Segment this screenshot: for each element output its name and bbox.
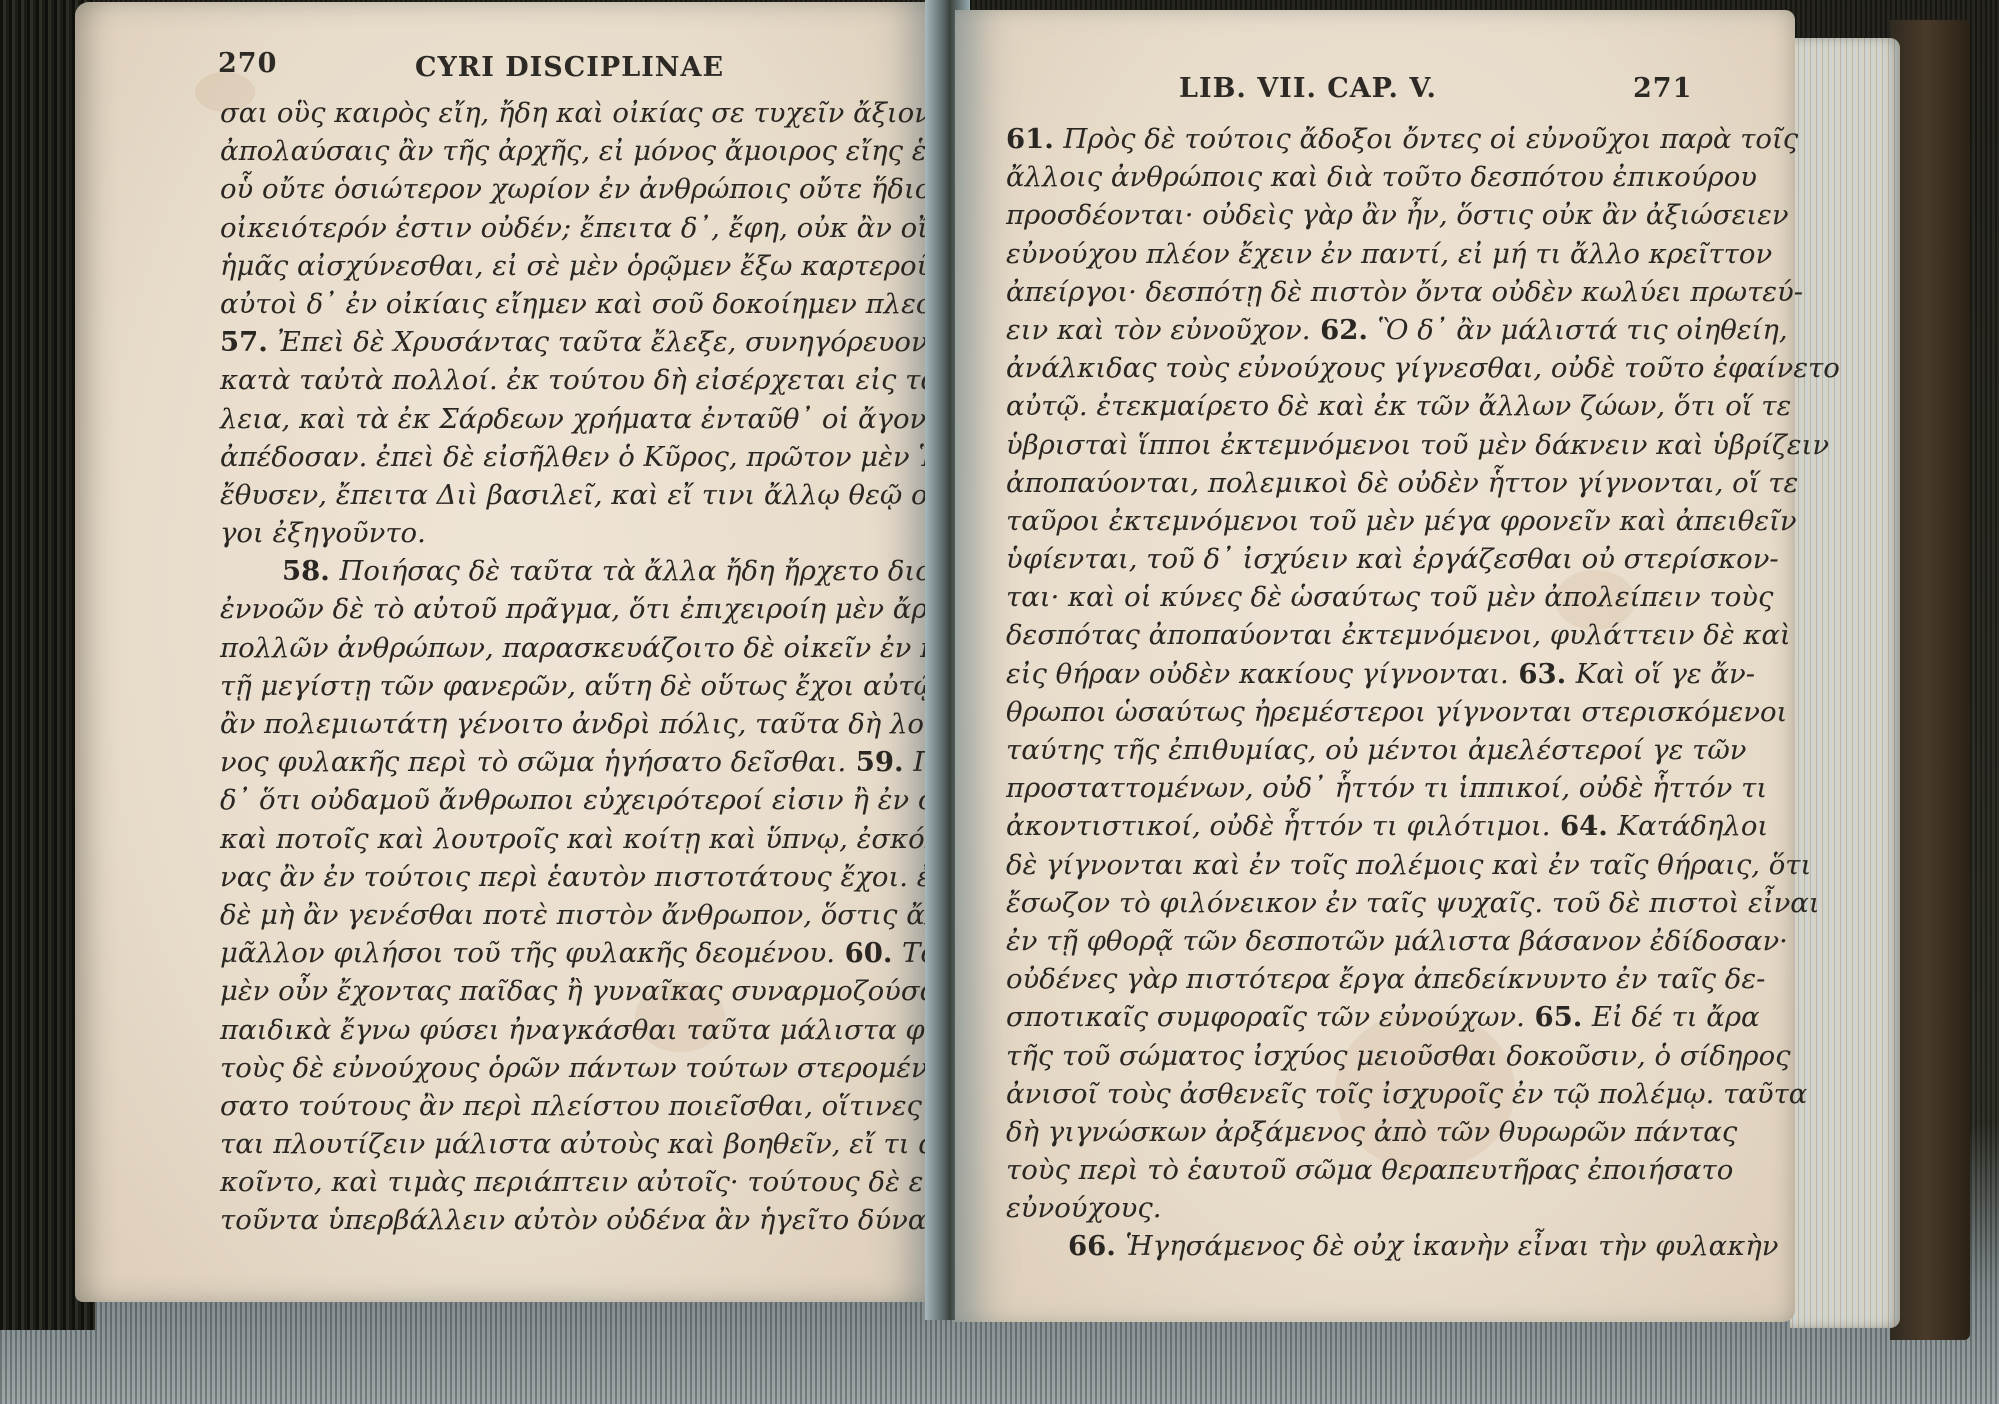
text-line: δὲ μὴ ἂν γενέσθαι ποτὲ πιστὸν ἄνθρωπον, …: [220, 896, 910, 934]
text-line: 57. Ἐπεὶ δὲ Χρυσάντας ταῦτα ἔλεξε, συνηγ…: [220, 323, 910, 361]
left-page-text: σαι οὓς καιρὸς εἴη, ἤδη καὶ οἰκίας σε τυ…: [220, 94, 910, 1240]
line-text: ταῦροι ἐκτεμνόμενοι τοῦ μὲν μέγα φρονεῖν…: [1006, 505, 1797, 537]
text-line: τοῦντα ὑπερβάλλειν αὐτὸν οὐδένα ἂν ἡγεῖτ…: [220, 1201, 910, 1239]
text-line: 58. Ποιήσας δὲ ταῦτα τὰ ἄλλα ἤδη ἤρχετο …: [220, 552, 910, 590]
line-text: δὴ γιγνώσκων ἀρξάμενος ἀπὸ τῶν θυρωρῶν π…: [1006, 1116, 1737, 1148]
text-line: ἔσωζον τὸ φιλόνεικον ἐν ταῖς ψυχαῖς. τοῦ…: [1006, 884, 1699, 922]
section-number: 57.: [220, 326, 277, 358]
text-line: αὐτοὶ δ᾽ ἐν οἰκίαις εἴημεν καὶ σοῦ δοκοί…: [220, 285, 910, 323]
text-line: αὐτῷ. ἐτεκμαίρετο δὲ καὶ ἐκ τῶν ἄλλων ζώ…: [1006, 387, 1699, 425]
text-line: οἰκειότερόν ἐστιν οὐδέν; ἔπειτα δ᾽, ἔφη,…: [220, 209, 910, 247]
line-text: εὐνούχου πλέον ἔχειν ἐν παντί, εἰ μή τι …: [1006, 238, 1772, 270]
page-stack-edge: [1790, 38, 1900, 1328]
text-line: τοὺς δὲ εὐνούχους ὁρῶν πάντων τούτων στε…: [220, 1049, 910, 1087]
line-text: τοὺς δὲ εὐνούχους ὁρῶν πάντων τούτων στε…: [220, 1052, 1044, 1084]
text-line: εὐνούχου πλέον ἔχειν ἐν παντί, εἰ μή τι …: [1006, 235, 1699, 273]
line-text: δὲ γίγνονται καὶ ἐν τοῖς πολέμοις καὶ ἐν…: [1006, 849, 1811, 881]
text-line: ἐννοῶν δὲ τὸ αὐτοῦ πρᾶγμα, ὅτι ἐπιχειροί…: [220, 590, 910, 628]
line-text: Καὶ οἵ γε ἄν-: [1576, 658, 1755, 690]
text-line: ἂν πολεμιωτάτη γένοιτο ἀνδρὶ πόλις, ταῦτ…: [220, 705, 910, 743]
text-line: παιδικὰ ἔγνω φύσει ἠναγκάσθαι ταῦτα μάλι…: [220, 1011, 910, 1049]
line-text: δ᾽ ὅτι οὐδαμοῦ ἄνθρωποι εὐχειρότεροί εἰσ…: [220, 784, 1005, 816]
text-line: ἔθυσεν, ἔπειτα Διὶ βασιλεῖ, καὶ εἴ τινι …: [220, 476, 910, 514]
text-line: ταῦροι ἐκτεμνόμενοι τοῦ μὲν μέγα φρονεῖν…: [1006, 502, 1699, 540]
text-line: νας ἂν ἐν τούτοις περὶ ἑαυτὸν πιστοτάτου…: [220, 858, 910, 896]
line-text: μᾶλλον φιλήσοι τοῦ τῆς φυλακῆς δεομένου.: [220, 937, 835, 969]
text-line: εἰς θήραν οὐδὲν κακίους γίγνονται. 63. Κ…: [1006, 655, 1699, 693]
text-line: ἀνάλκιδας τοὺς εὐνούχους γίγνεσθαι, οὐδὲ…: [1006, 349, 1699, 387]
line-text: Ὃ δ᾽ ἂν μάλιστά τις οἰηθείη,: [1378, 314, 1788, 346]
line-text: ἀποπαύονται, πολεμικοὶ δὲ οὐδὲν ἧττον γί…: [1006, 467, 1798, 499]
section-number: 64.: [1550, 810, 1617, 842]
line-text: Ποιήσας δὲ ταῦτα τὰ ἄλλα ἤδη ἤρχετο διοι…: [339, 555, 1011, 587]
line-text: Ἡγησάμενος δὲ οὐχ ἱκανὴν εἶναι τὴν φυλακ…: [1125, 1230, 1778, 1262]
line-text: μὲν οὖν ἔχοντας παῖδας ἢ γυναῖκας συναρμ…: [220, 975, 979, 1007]
right-page: LIB. VII. CAP. V. 271 61. Πρὸς δὲ τούτοι…: [955, 10, 1795, 1322]
line-text: Εἰ δέ τι ἄρα: [1592, 1001, 1760, 1033]
running-head: CYRI DISCIPLINAE: [415, 52, 724, 83]
line-text: τῆς τοῦ σώματος ἰσχύος μειοῦσθαι δοκοῦσι…: [1006, 1040, 1791, 1072]
line-text: ἀνάλκιδας τοὺς εὐνούχους γίγνεσθαι, οὐδὲ…: [1006, 352, 1840, 384]
line-text: ἀπέδοσαν. ἐπεὶ δὲ εἰσῆλθεν ὁ Κῦρος, πρῶτ…: [220, 441, 1005, 473]
line-text: νος φυλακῆς περὶ τὸ σῶμα ἡγήσατο δεῖσθαι…: [220, 746, 846, 778]
line-text: λεια, καὶ τὰ ἐκ Σάρδεων χρήματα ἐνταῦθ᾽ …: [220, 403, 972, 435]
text-line: ταύτης τῆς ἐπιθυμίας, οὐ μέντοι ἀμελέστε…: [1006, 731, 1699, 769]
text-line: προσδέονται· οὐδεὶς γὰρ ἂν ἦν, ὅστις οὐκ…: [1006, 196, 1699, 234]
text-line: τοὺς περὶ τὸ ἑαυτοῦ σῶμα θεραπευτῆρας ἐπ…: [1006, 1151, 1699, 1189]
line-text: παιδικὰ ἔγνω φύσει ἠναγκάσθαι ταῦτα μάλι…: [220, 1014, 1004, 1046]
line-text: οἰκειότερόν ἐστιν οὐδέν; ἔπειτα δ᾽, ἔφη,…: [220, 212, 1010, 244]
line-text: ἔθυσεν, ἔπειτα Διὶ βασιλεῖ, καὶ εἴ τινι …: [220, 479, 993, 511]
running-head: LIB. VII. CAP. V.: [1179, 73, 1437, 104]
text-line: ται· καὶ οἱ κύνες δὲ ὡσαύτως τοῦ μὲν ἀπο…: [1006, 578, 1699, 616]
line-text: ἐννοῶν δὲ τὸ αὐτοῦ πρᾶγμα, ὅτι ἐπιχειροί…: [220, 593, 986, 625]
text-line: δεσπότας ἀποπαύονται ἐκτεμνόμενοι, φυλάτ…: [1006, 616, 1699, 654]
line-text: εὐνούχους.: [1006, 1192, 1162, 1224]
text-line: γοι ἐξηγοῦντο.: [220, 514, 910, 552]
text-line: ἀπέδοσαν. ἐπεὶ δὲ εἰσῆλθεν ὁ Κῦρος, πρῶτ…: [220, 438, 910, 476]
line-text: ἂν πολεμιωτάτη γένοιτο ἀνδρὶ πόλις, ταῦτ…: [220, 708, 1025, 740]
line-text: προσταττομένων, οὐδ᾽ ἧττόν τι ἱππικοί, ο…: [1006, 772, 1767, 804]
line-text: οὗ οὔτε ὁσιώτερον χωρίον ἐν ἀνθρώποις οὔ…: [220, 173, 1020, 205]
text-line: μὲν οὖν ἔχοντας παῖδας ἢ γυναῖκας συναρμ…: [220, 972, 910, 1010]
line-text: κοῖντο, καὶ τιμὰς περιάπτειν αὐτοῖς· τού…: [220, 1166, 1011, 1198]
line-text: ἀνισοῖ τοὺς ἀσθενεῖς τοῖς ἰσχυροῖς ἐν τῷ…: [1006, 1078, 1807, 1110]
text-line: ἄλλοις ἀνθρώποις καὶ διὰ τοῦτο δεσπότου …: [1006, 158, 1699, 196]
line-text: ἄλλοις ἀνθρώποις καὶ διὰ τοῦτο δεσπότου …: [1006, 161, 1757, 193]
text-line: ἀνισοῖ τοὺς ἀσθενεῖς τοῖς ἰσχυροῖς ἐν τῷ…: [1006, 1075, 1699, 1113]
section-number: 63.: [1509, 658, 1576, 690]
text-line: ὑβρισταὶ ἵπποι ἐκτεμνόμενοι τοῦ μὲν δάκν…: [1006, 426, 1699, 464]
text-line: μᾶλλον φιλήσοι τοῦ τῆς φυλακῆς δεομένου.…: [220, 934, 910, 972]
text-line: δ᾽ ὅτι οὐδαμοῦ ἄνθρωποι εὐχειρότεροί εἰσ…: [220, 781, 910, 819]
text-line: τῆς τοῦ σώματος ἰσχύος μειοῦσθαι δοκοῦσι…: [1006, 1037, 1699, 1075]
line-text: ὑφίενται, τοῦ δ᾽ ἰσχύειν καὶ ἐργάζεσθαι …: [1006, 543, 1779, 575]
line-text: τῇ μεγίστῃ τῶν φανερῶν, αὕτη δὲ οὕτως ἔχ…: [220, 670, 991, 702]
text-line: οὐδένες γὰρ πιστότερα ἔργα ἀπεδείκνυντο …: [1006, 960, 1699, 998]
book-cover-right-edge: [1890, 20, 1970, 1340]
line-text: τοῦντα ὑπερβάλλειν αὐτὸν οὐδένα ἂν ἡγεῖτ…: [220, 1204, 1000, 1236]
line-text: σποτικαῖς συμφοραῖς τῶν εὐνούχων.: [1006, 1001, 1525, 1033]
text-line: 66. Ἡγησάμενος δὲ οὐχ ἱκανὴν εἶναι τὴν φ…: [1006, 1227, 1699, 1265]
line-text: γοι ἐξηγοῦντο.: [220, 517, 426, 549]
line-text: ἐν τῇ φθορᾷ τῶν δεσποτῶν μάλιστα βάσανον…: [1006, 925, 1788, 957]
section-number: 65.: [1525, 1001, 1592, 1033]
line-text: δὲ μὴ ἂν γενέσθαι ποτὲ πιστὸν ἄνθρωπον, …: [220, 899, 993, 931]
text-line: προσταττομένων, οὐδ᾽ ἧττόν τι ἱππικοί, ο…: [1006, 769, 1699, 807]
line-text: προσδέονται· οὐδεὶς γὰρ ἂν ἦν, ὅστις οὐκ…: [1006, 199, 1789, 231]
text-line: πολλῶν ἀνθρώπων, παρασκευάζοιτο δὲ οἰκεῖ…: [220, 629, 910, 667]
line-text: ἀκοντιστικοί, οὐδὲ ἧττόν τι φιλότιμοι.: [1006, 810, 1550, 842]
section-number: 59.: [846, 746, 913, 778]
text-line: οὗ οὔτε ὁσιώτερον χωρίον ἐν ἀνθρώποις οὔ…: [220, 170, 910, 208]
line-text: σατο τούτους ἂν περὶ πλείστου ποιεῖσθαι,…: [220, 1090, 1025, 1122]
line-text: ἔσωζον τὸ φιλόνεικον ἐν ταῖς ψυχαῖς. τοῦ…: [1006, 887, 1820, 919]
text-line: καὶ ποτοῖς καὶ λουτροῖς καὶ κοίτῃ καὶ ὕπ…: [220, 820, 910, 858]
section-number: 58.: [282, 555, 339, 587]
text-line: ἀπείργοι· δεσπότῃ δὲ πιστὸν ὄντα οὐδὲν κ…: [1006, 273, 1699, 311]
line-text: ται· καὶ οἱ κύνες δὲ ὡσαύτως τοῦ μὲν ἀπο…: [1006, 581, 1773, 613]
line-text: πολλῶν ἀνθρώπων, παρασκευάζοιτο δὲ οἰκεῖ…: [220, 632, 998, 664]
text-line: σαι οὓς καιρὸς εἴη, ἤδη καὶ οἰκίας σε τυ…: [220, 94, 910, 132]
section-number: 62.: [1311, 314, 1378, 346]
text-line: κοῖντο, καὶ τιμὰς περιάπτειν αὐτοῖς· τού…: [220, 1163, 910, 1201]
line-text: οὐδένες γὰρ πιστότερα ἔργα ἀπεδείκνυντο …: [1006, 963, 1765, 995]
line-text: θρωποι ὡσαύτως ἠρεμέστεροι γίγνονται στε…: [1006, 696, 1787, 728]
text-line: ἡμᾶς αἰσχύνεσθαι, εἰ σὲ μὲν ὁρῷμεν ἔξω κ…: [220, 247, 910, 285]
section-number: 60.: [835, 937, 902, 969]
text-line: εὐνούχους.: [1006, 1189, 1699, 1227]
text-line: θρωποι ὡσαύτως ἠρεμέστεροι γίγνονται στε…: [1006, 693, 1699, 731]
text-line: σατο τούτους ἂν περὶ πλείστου ποιεῖσθαι,…: [220, 1087, 910, 1125]
text-line: σποτικαῖς συμφοραῖς τῶν εὐνούχων. 65. Εἰ…: [1006, 998, 1699, 1036]
line-text: ὑβρισταὶ ἵπποι ἐκτεμνόμενοι τοῦ μὲν δάκν…: [1006, 429, 1829, 461]
line-text: κατὰ ταὐτὰ πολλοί. ἐκ τούτου δὴ εἰσέρχετ…: [220, 364, 1021, 396]
text-line: ἀποπαύονται, πολεμικοὶ δὲ οὐδὲν ἧττον γί…: [1006, 464, 1699, 502]
text-line: ἐν τῇ φθορᾷ τῶν δεσποτῶν μάλιστα βάσανον…: [1006, 922, 1699, 960]
line-text: τοὺς περὶ τὸ ἑαυτοῦ σῶμα θεραπευτῆρας ἐπ…: [1006, 1154, 1733, 1186]
text-line: ἀκοντιστικοί, οὐδὲ ἧττόν τι φιλότιμοι. 6…: [1006, 807, 1699, 845]
page-number: 270: [218, 48, 277, 79]
line-text: Ἐπεὶ δὲ Χρυσάντας ταῦτα ἔλεξε, συνηγόρευ…: [277, 326, 1009, 358]
line-text: εἰς θήραν οὐδὲν κακίους γίγνονται.: [1006, 658, 1509, 690]
text-line: ται πλουτίζειν μάλιστα αὐτοὺς καὶ βοηθεῖ…: [220, 1125, 910, 1163]
line-text: νας ἂν ἐν τούτοις περὶ ἑαυτὸν πιστοτάτου…: [220, 861, 1027, 893]
line-text: δεσπότας ἀποπαύονται ἐκτεμνόμενοι, φυλάτ…: [1006, 619, 1791, 651]
line-text: ἡμᾶς αἰσχύνεσθαι, εἰ σὲ μὲν ὁρῷμεν ἔξω κ…: [220, 250, 993, 282]
text-line: δὲ γίγνονται καὶ ἐν τοῖς πολέμοις καὶ ἐν…: [1006, 846, 1699, 884]
line-text: ἀπείργοι· δεσπότῃ δὲ πιστὸν ὄντα οὐδὲν κ…: [1006, 276, 1803, 308]
right-page-text: 61. Πρὸς δὲ τούτοις ἄδοξοι ὄντες οἱ εὐνο…: [1006, 120, 1699, 1266]
line-text: αὐτῷ. ἐτεκμαίρετο δὲ καὶ ἐκ τῶν ἄλλων ζώ…: [1006, 390, 1791, 422]
line-text: ται πλουτίζειν μάλιστα αὐτοὺς καὶ βοηθεῖ…: [220, 1128, 973, 1160]
line-text: ἀπολαύσαις ἂν τῆς ἀρχῆς, εἰ μόνος ἄμοιρο…: [220, 135, 1014, 167]
text-line: ειν καὶ τὸν εὐνοῦχον. 62. Ὃ δ᾽ ἂν μάλιστ…: [1006, 311, 1699, 349]
page-number: 271: [1633, 73, 1692, 104]
line-text: ειν καὶ τὸν εὐνοῦχον.: [1006, 314, 1311, 346]
text-line: 61. Πρὸς δὲ τούτοις ἄδοξοι ὄντες οἱ εὐνο…: [1006, 120, 1699, 158]
text-line: ἀπολαύσαις ἂν τῆς ἀρχῆς, εἰ μόνος ἄμοιρο…: [220, 132, 910, 170]
line-text: καὶ ποτοῖς καὶ λουτροῖς καὶ κοίτῃ καὶ ὕπ…: [220, 823, 1012, 855]
text-line: δὴ γιγνώσκων ἀρξάμενος ἀπὸ τῶν θυρωρῶν π…: [1006, 1113, 1699, 1151]
left-page: 270 CYRI DISCIPLINAE σαι οὓς καιρὸς εἴη,…: [75, 2, 935, 1302]
line-text: Πρὸς δὲ τούτοις ἄδοξοι ὄντες οἱ εὐνοῦχοι…: [1063, 123, 1798, 155]
text-line: λεια, καὶ τὰ ἐκ Σάρδεων χρήματα ἐνταῦθ᾽ …: [220, 400, 910, 438]
line-text: σαι οὓς καιρὸς εἴη, ἤδη καὶ οἰκίας σε τυ…: [220, 97, 1000, 129]
text-line: ὑφίενται, τοῦ δ᾽ ἰσχύειν καὶ ἐργάζεσθαι …: [1006, 540, 1699, 578]
line-text: ταύτης τῆς ἐπιθυμίας, οὐ μέντοι ἀμελέστε…: [1006, 734, 1747, 766]
section-number: 61.: [1006, 123, 1063, 155]
text-line: νος φυλακῆς περὶ τὸ σῶμα ἡγήσατο δεῖσθαι…: [220, 743, 910, 781]
section-number: 66.: [1068, 1230, 1125, 1262]
line-text: Κατάδηλοι: [1617, 810, 1768, 842]
text-line: τῇ μεγίστῃ τῶν φανερῶν, αὕτη δὲ οὕτως ἔχ…: [220, 667, 910, 705]
text-line: κατὰ ταὐτὰ πολλοί. ἐκ τούτου δὴ εἰσέρχετ…: [220, 361, 910, 399]
